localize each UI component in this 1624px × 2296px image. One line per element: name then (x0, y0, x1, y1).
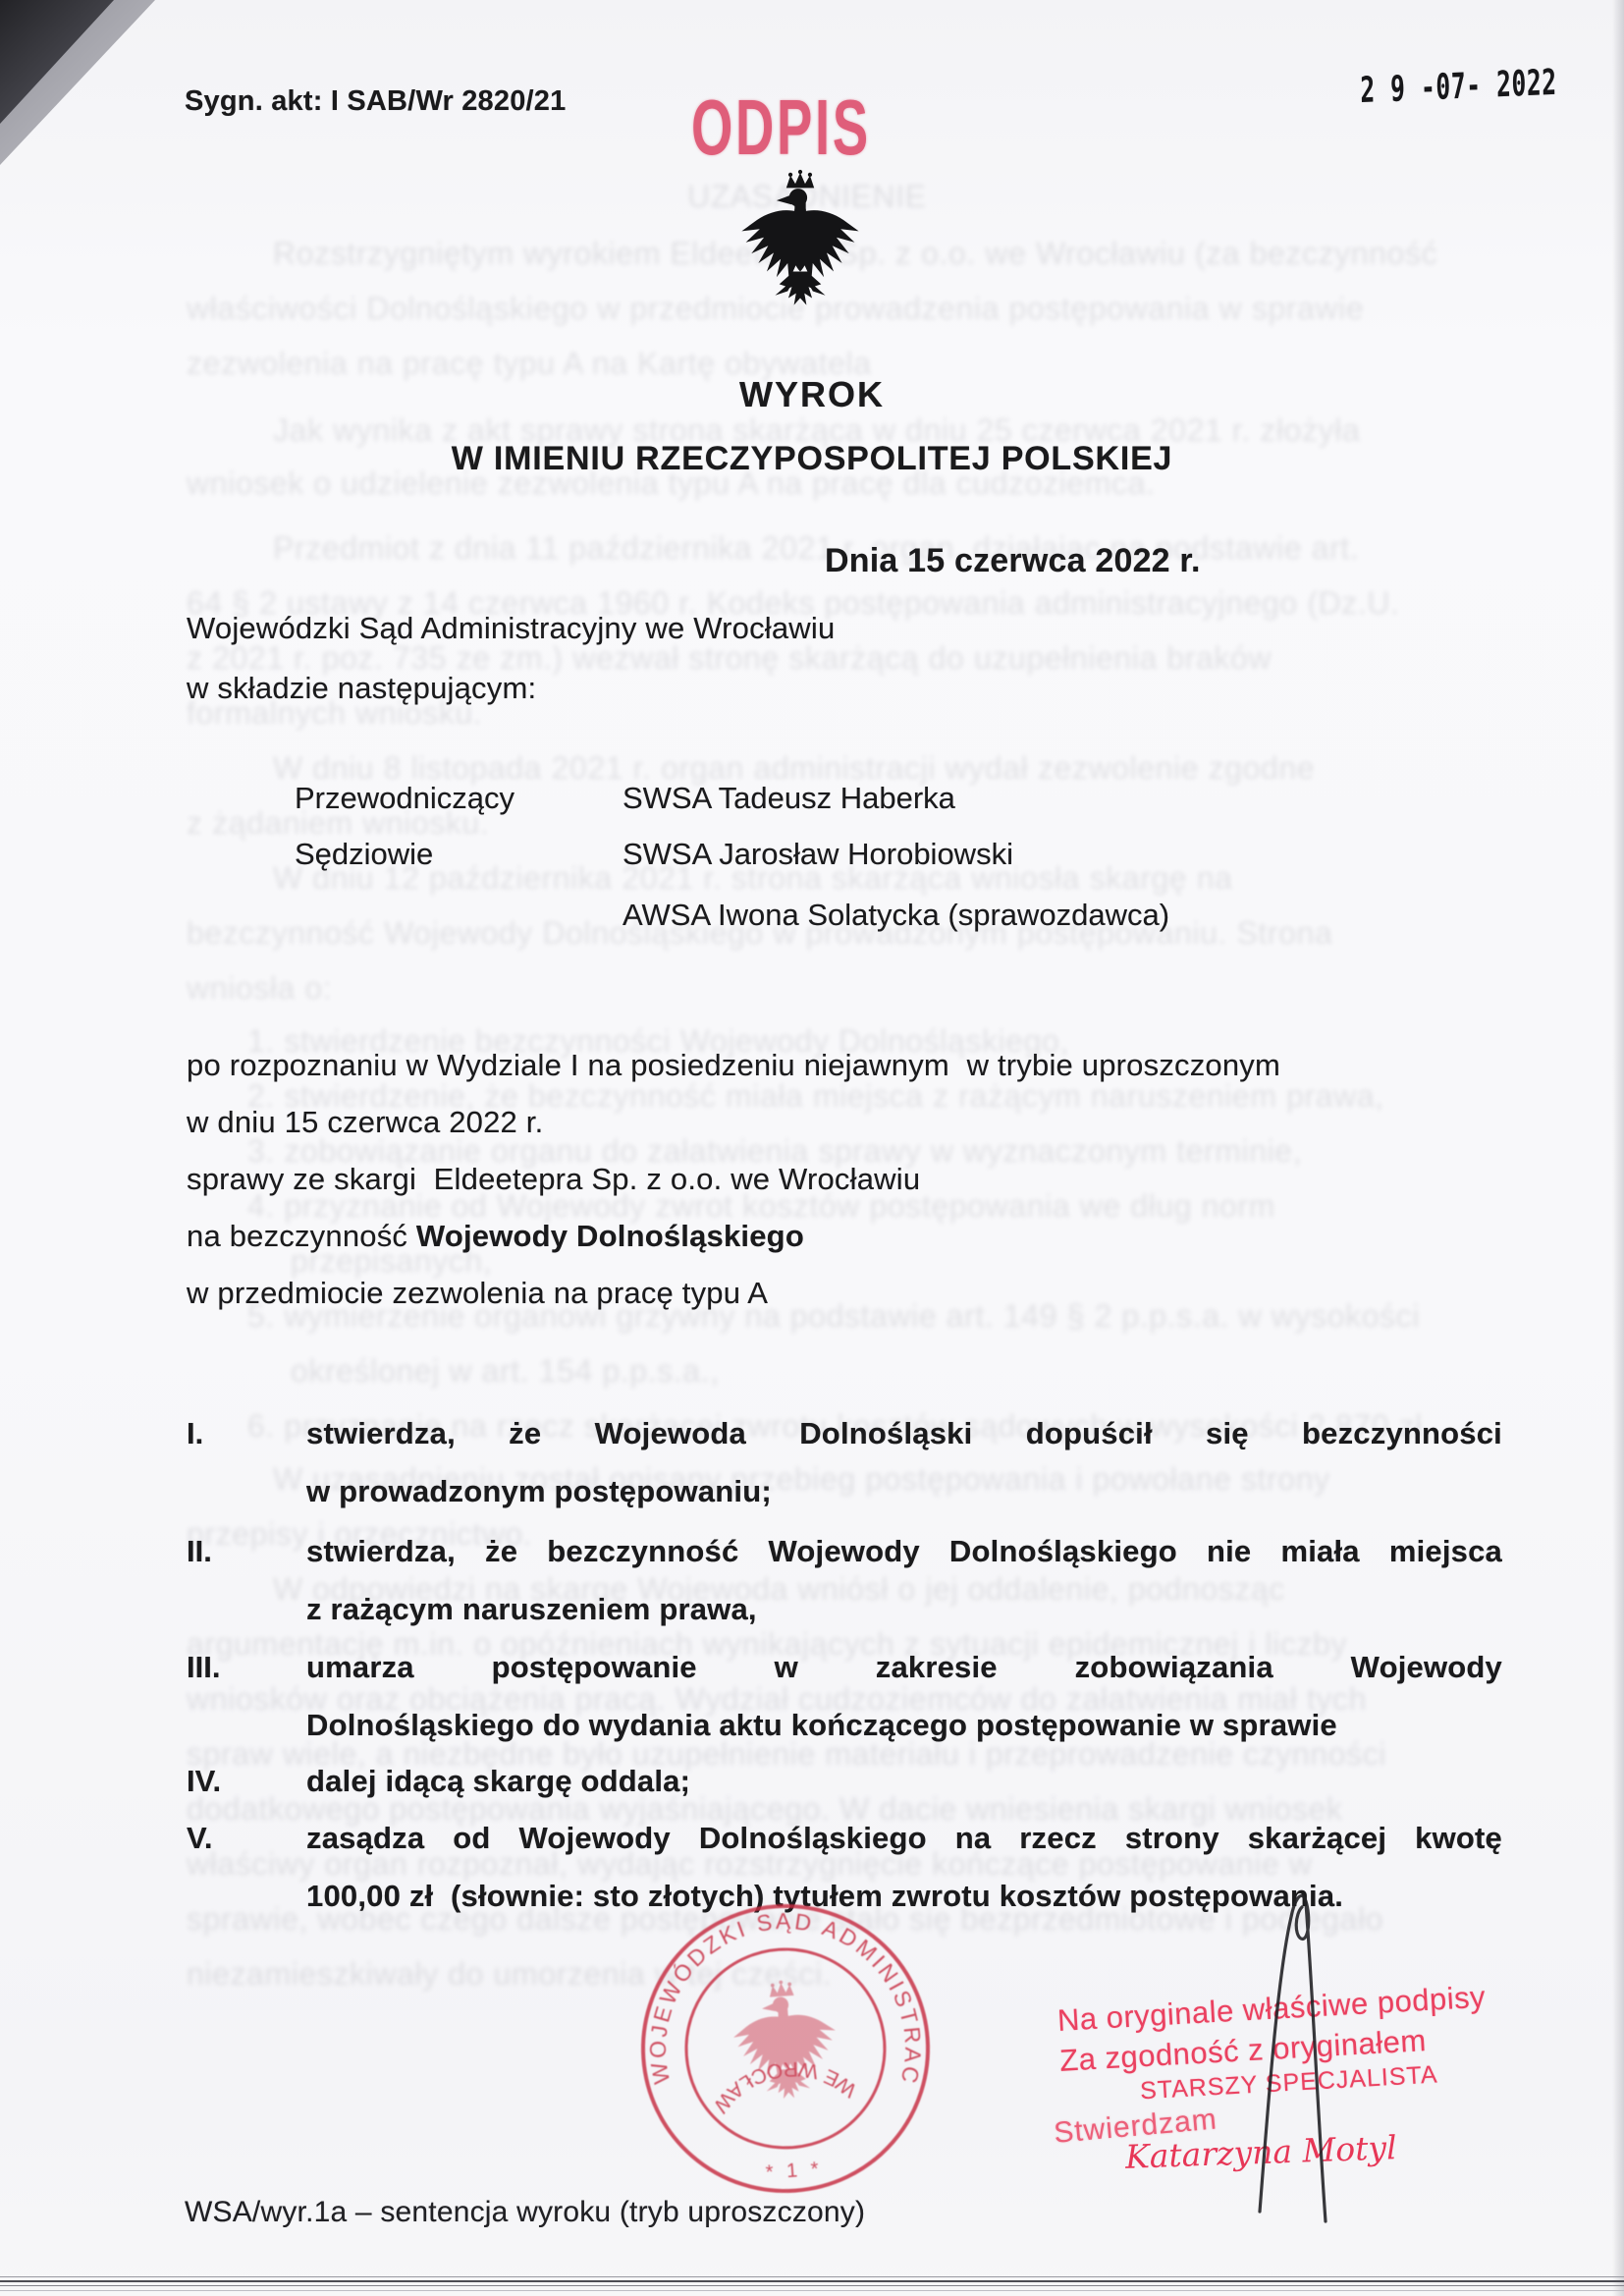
footer-reference: WSA/wyr.1a – sentencja wyroku (tryb upro… (185, 2196, 865, 2229)
verdict-numeral: V. (187, 1809, 212, 1867)
panel-role-label: Przewodniczący (295, 781, 623, 816)
scanned-court-judgment-page: UZASADNIENIERozstrzygniętym wyrokiem Eld… (0, 0, 1624, 2296)
inaction-line: na bezczynność Wojewody Dolnośląskiego (187, 1219, 804, 1254)
verdict-line: dalej idącą skargę oddala; (306, 1752, 1502, 1810)
court-round-stamp: WOJEWÓDZKI SĄD ADMINISTRACYJNY WE WROCŁA… (628, 1891, 943, 2206)
date-received-stamp: 2 9 -07- 2022 (1360, 63, 1557, 111)
verdict-item-1: I. stwierdza, że Wojewoda Dolnośląski do… (187, 1404, 1507, 1520)
panel-row: AWSA Iwona Solatycka (sprawozdawca) (295, 898, 1169, 933)
scan-artifact-line (0, 2290, 1624, 2291)
handwritten-signature (1227, 1874, 1355, 2239)
hearing-line: po rozpoznaniu w Wydziale I na posiedzen… (187, 1048, 1280, 1083)
inaction-respondent: Wojewody Dolnośląskiego (416, 1219, 804, 1253)
judge-name: AWSA Iwona Solatycka (sprawozdawca) (623, 898, 1169, 932)
complaint-line: sprawy ze skargi Eldeetepra Sp. z o.o. w… (187, 1162, 920, 1197)
case-number: Sygn. akt: I SAB/Wr 2820/21 (185, 85, 566, 118)
subject-line: w przedmiocie zezwolenia na pracę typu A (187, 1276, 768, 1311)
verdict-line: zasądza od Wojewody Dolnośląskiego na rz… (306, 1809, 1502, 1867)
court-name: Wojewódzki Sąd Administracyjny we Wrocła… (187, 611, 835, 646)
hearing-date-line: w dniu 15 czerwca 2022 r. (187, 1105, 543, 1140)
verdict-numeral: I. (187, 1404, 203, 1462)
judgment-date: Dnia 15 czerwca 2022 r. (825, 542, 1201, 580)
verdict-item-4: IV. dalej idącą skargę oddala; (187, 1752, 1507, 1810)
verdict-item-2: II. stwierdza, że bezczynność Wojewody D… (187, 1522, 1507, 1638)
verdict-numeral: II. (187, 1522, 212, 1580)
verdict-line: z rażącym naruszeniem prawa, (306, 1580, 1502, 1638)
scan-artifact-line (0, 2280, 1624, 2282)
court-composition-intro: w składzie następującym: (187, 671, 536, 706)
verdict-line: Dolnośląskiego do wydania aktu kończąceg… (306, 1696, 1502, 1754)
odpis-copy-stamp: ODPIS (691, 82, 871, 173)
judgment-title: WYROK (0, 374, 1624, 415)
panel-role-label: Sędziowie (295, 837, 623, 872)
verdict-line: w prowadzonym postępowaniu; (306, 1462, 1502, 1520)
ghost-bleedthrough-line: określonej w art. 154 p.p.s.a., (291, 1353, 720, 1390)
panel-row: SędziowieSWSA Jarosław Horobiowski (295, 837, 1013, 872)
panel-row: PrzewodniczącySWSA Tadeusz Haberka (295, 781, 955, 816)
verdict-line: stwierdza, że bezczynność Wojewody Dolno… (306, 1522, 1502, 1580)
scan-artifact-line (0, 2276, 1624, 2277)
stamp-bottom-mark: * 1 * (765, 2159, 823, 2184)
inaction-prefix: na bezczynność (187, 1219, 416, 1253)
judge-name: SWSA Jarosław Horobiowski (623, 837, 1013, 871)
ghost-bleedthrough-line: wniosła o: (187, 970, 332, 1007)
scan-artifact-line (0, 2285, 1624, 2286)
scan-right-edge-shadow (1612, 0, 1624, 2296)
verdict-numeral: IV. (187, 1752, 221, 1810)
verdict-numeral: III. (187, 1638, 220, 1696)
verdict-item-3: III. umarza postępowanie w zakresie zobo… (187, 1638, 1507, 1754)
verdict-line: umarza postępowanie w zakresie zobowiąza… (306, 1638, 1502, 1696)
judgment-subtitle: W IMIENIU RZECZYPOSPOLITEJ POLSKIEJ (0, 440, 1624, 478)
polish-eagle-emblem (731, 165, 870, 328)
verdict-line: stwierdza, że Wojewoda Dolnośląski dopuś… (306, 1404, 1502, 1462)
judge-name: SWSA Tadeusz Haberka (623, 781, 955, 815)
